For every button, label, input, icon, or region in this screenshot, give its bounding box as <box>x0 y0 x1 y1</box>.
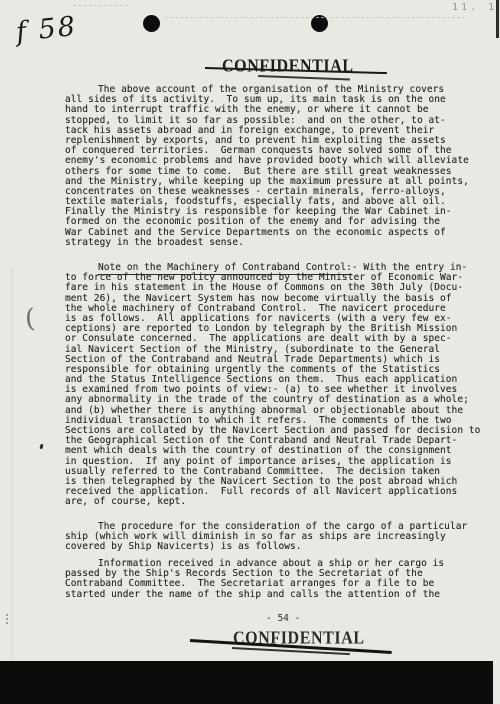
ink-speck <box>39 444 43 450</box>
document-scan-page: 11. 1 f 58 ( CONFIDENTIAL The above acco… <box>0 0 500 704</box>
punch-hole-left <box>143 15 160 32</box>
margin-dotted-line <box>11 270 12 660</box>
paragraph-ministry-summary: The above account of the organisation of… <box>65 85 490 248</box>
scan-dash-line <box>165 17 465 18</box>
text-line: enemy's economic problems and have provi… <box>65 156 490 166</box>
text-line: are, of course, kept. <box>65 497 490 507</box>
paragraph-ship-cargo-procedure: The procedure for the consideration of t… <box>65 522 490 553</box>
paragraph-contraband-control-note: Note on the Machinery of Contraband Cont… <box>65 263 490 508</box>
page-number: - 54 - <box>266 613 300 624</box>
text-line: covered by Ship Navicerts) is as follows… <box>65 542 490 552</box>
scan-dash-mark <box>73 5 128 6</box>
text-line: strategy in the broadest sense. <box>65 238 490 248</box>
black-scan-bar <box>0 661 493 704</box>
text-line: or Consulate concerned. The applications… <box>65 334 490 344</box>
text-line: started under the name of the ship and c… <box>65 590 490 600</box>
typewritten-text-block: The above account of the organisation of… <box>65 85 490 600</box>
margin-paren-mark: ( <box>24 304 36 335</box>
paragraph-information-received: Information received in advance about a … <box>65 559 490 600</box>
faint-corner-mark: 11. 1 <box>452 2 497 13</box>
edge-speck <box>6 614 10 624</box>
confidential-stamp-top: CONFIDENTIAL <box>222 57 354 77</box>
handwritten-folio-note: f 58 <box>15 11 79 48</box>
